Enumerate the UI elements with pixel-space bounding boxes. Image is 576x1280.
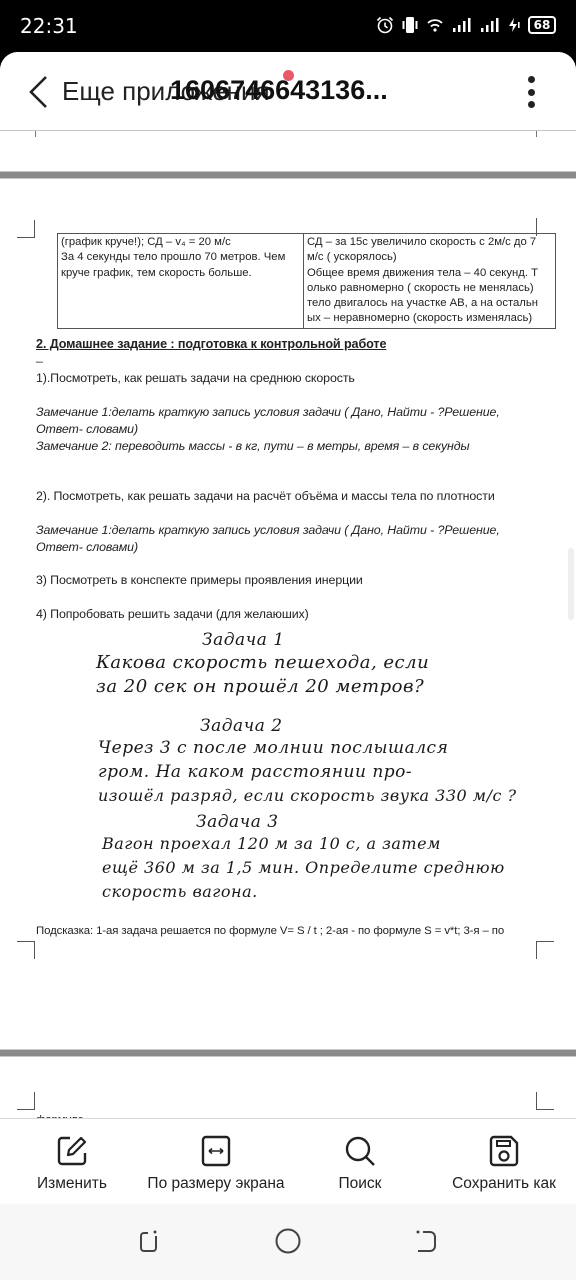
task-item-3: 3) Посмотреть в конспекте примеры проявл…: [36, 572, 363, 589]
back-icon: [414, 1228, 438, 1254]
edit-label: Изменить: [37, 1175, 107, 1193]
edit-icon: [56, 1135, 88, 1167]
crop-mark: [17, 1092, 35, 1110]
dash: _: [36, 348, 43, 365]
charging-icon: [508, 17, 520, 33]
save-as-label: Сохранить как: [452, 1175, 556, 1193]
task2-line: изошёл разряд, если скорость звука 330 м…: [98, 786, 517, 805]
status-time: 22:31: [20, 14, 78, 38]
fit-screen-button[interactable]: По размеру экрана: [140, 1119, 292, 1211]
alarm-icon: [376, 16, 394, 34]
note-1-cont: Ответ- словами): [36, 421, 138, 438]
edit-button[interactable]: Изменить: [34, 1119, 110, 1211]
status-icons: 68: [376, 14, 556, 36]
task3-title: Задача 3: [196, 812, 279, 832]
save-as-button[interactable]: Сохранить как: [444, 1119, 564, 1211]
system-nav-bar: [0, 1204, 576, 1280]
hint-text: Подсказка: 1-ая задача решается по форму…: [36, 923, 504, 940]
task1-line: Какова скорость пешехода, если: [96, 652, 429, 673]
page-title: Еще приложения 1606746643136...: [62, 76, 502, 112]
crop-tick: [536, 131, 537, 137]
fit-screen-label: По размеру экрана: [147, 1175, 284, 1193]
bottom-toolbar: Изменить По размеру экрана Поиск Сохрани…: [0, 1118, 576, 1210]
task3-line: Вагон проехал 120 м за 10 с, а затем: [102, 834, 441, 853]
section-heading: 2. Домашнее задание : подготовка к контр…: [36, 336, 386, 353]
note-2: Замечание 2: переводить массы - в кг, пу…: [36, 438, 470, 455]
search-label: Поиск: [339, 1175, 382, 1193]
task2-line: гром. На каком расстоянии про-: [98, 762, 412, 782]
note-3: Замечание 1:делать краткую запись услови…: [36, 522, 500, 539]
task-item-1: 1).Посмотреть, как решать задачи на сред…: [36, 370, 355, 387]
crop-mark: [17, 220, 35, 238]
crop-mark: [536, 1092, 554, 1110]
battery-icon: 68: [528, 16, 556, 34]
signal-1-icon: [452, 17, 472, 33]
wifi-icon: [426, 17, 444, 33]
scrollbar[interactable]: [568, 548, 574, 620]
task-item-2: 2). Посмотреть, как решать задачи на рас…: [36, 488, 495, 505]
save-icon: [489, 1135, 519, 1167]
task3-line: скорость вагона.: [102, 882, 258, 901]
task1-title: Задача 1: [202, 630, 285, 650]
signal-2-icon: [480, 17, 500, 33]
more-vertical-icon: [528, 76, 535, 83]
recents-icon: [137, 1228, 161, 1254]
page-separator: [0, 171, 576, 179]
task3-line: ещё 360 м за 1,5 мин. Определите среднюю: [102, 858, 505, 877]
task1-line: за 20 сек он прошёл 20 метров?: [96, 676, 424, 697]
more-options-button[interactable]: [526, 76, 536, 108]
vibrate-icon: [402, 16, 418, 34]
back-button[interactable]: [26, 74, 52, 110]
fit-screen-icon: [201, 1135, 231, 1167]
recents-button[interactable]: [137, 1228, 161, 1259]
document-viewer: Еще приложения 1606746643136... (график …: [0, 52, 576, 1280]
page-edge: [0, 130, 576, 131]
title-file-name: 1606746643136...: [170, 75, 388, 106]
home-button[interactable]: [274, 1228, 302, 1259]
home-icon: [274, 1228, 302, 1254]
status-bar: 22:31 68: [0, 0, 576, 52]
table-cell-right: СД – за 15с увеличило скорость с 2м/с до…: [304, 234, 556, 329]
search-button[interactable]: Поиск: [330, 1119, 390, 1211]
notification-dot: [283, 70, 294, 81]
chevron-left-icon: [26, 74, 52, 110]
back-nav-button[interactable]: [414, 1228, 438, 1259]
page-separator: [0, 1049, 576, 1057]
task2-line: Через 3 с после молнии послышался: [98, 738, 448, 758]
search-icon: [344, 1135, 376, 1167]
crop-tick: [35, 131, 36, 137]
document-content[interactable]: (график круче!); СД – v₄ = 20 м/с За 4 с…: [0, 130, 576, 1130]
table-cell-left: (график круче!); СД – v₄ = 20 м/с За 4 с…: [58, 234, 304, 329]
note-3-cont: Ответ- словами): [36, 539, 138, 556]
task2-title: Задача 2: [200, 716, 283, 736]
task-item-4: 4) Попробовать решить задачи (для желаюш…: [36, 606, 309, 623]
app-bar: Еще приложения 1606746643136...: [0, 52, 576, 130]
crop-mark: [17, 941, 35, 959]
crop-mark: [536, 941, 554, 959]
note-1: Замечание 1:делать краткую запись услови…: [36, 404, 500, 421]
document-table: (график круче!); СД – v₄ = 20 м/с За 4 с…: [57, 233, 556, 329]
